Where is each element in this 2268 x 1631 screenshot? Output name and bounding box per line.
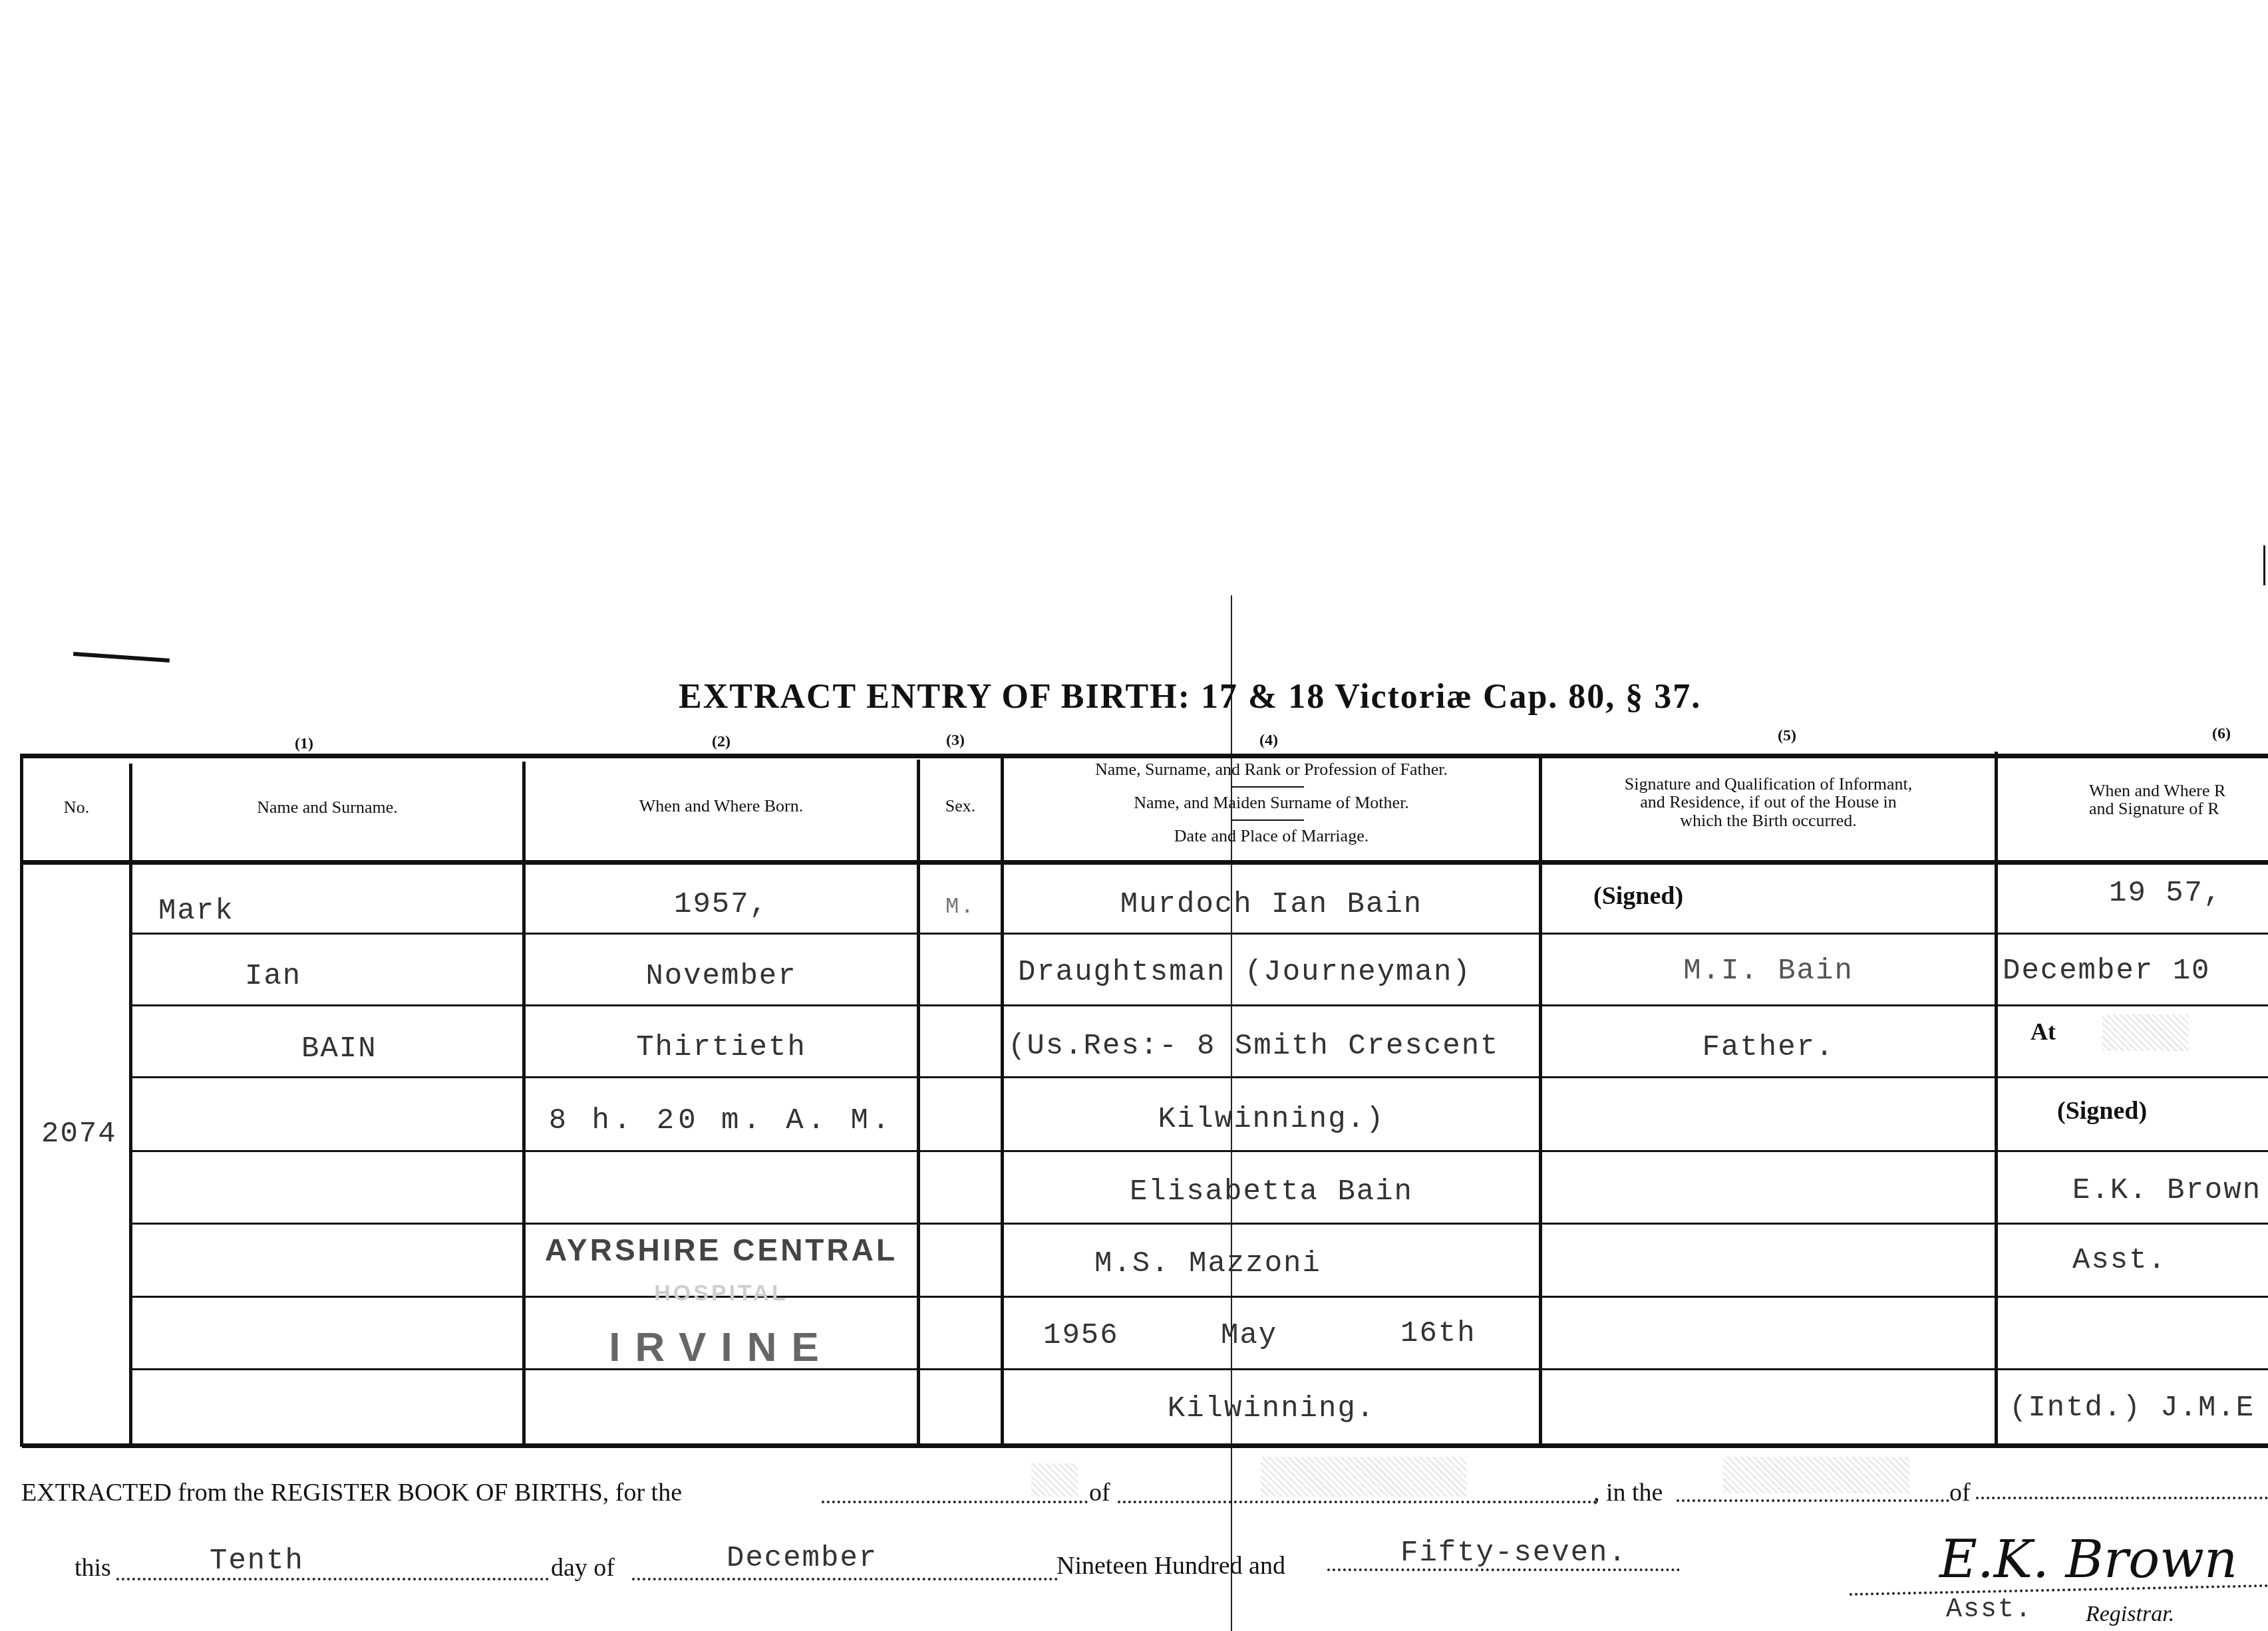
registrar-name: E.K. Brown	[2072, 1174, 2261, 1207]
table-top-border	[20, 754, 2268, 758]
registrar-signed-label: (Signed)	[2057, 1096, 2147, 1125]
day-field	[116, 1578, 549, 1580]
registrar-title: Asst.	[2072, 1244, 2167, 1277]
of-label-1: of	[1089, 1478, 1110, 1507]
birth-place-stamp-line2: HOSPITAL	[526, 1280, 917, 1306]
row-line	[130, 1004, 2268, 1006]
col-line-informant-registered	[1995, 752, 1998, 1443]
day-of-label: day of	[551, 1553, 615, 1582]
header-parents-mother: Name, and Maiden Surname of Mother.	[1004, 794, 1539, 812]
father-name: Murdoch Ian Bain	[1004, 888, 1539, 921]
column-number-1: (1)	[295, 735, 313, 753]
in-the-label: , in the	[1593, 1478, 1663, 1507]
birth-time: 8 h. 20 m. A. M.	[526, 1104, 917, 1137]
this-label: this	[75, 1553, 111, 1582]
county-stamp	[1723, 1457, 1909, 1493]
pen-mark	[73, 652, 170, 663]
extracted-statement: EXTRACTED from the REGISTER BOOK OF BIRT…	[21, 1478, 682, 1507]
page-title: EXTRACT ENTRY OF BIRTH: 17 & 18 Victoriæ…	[679, 677, 1701, 716]
burgh-stamp	[1261, 1457, 1467, 1497]
header-informant: Signature and Qualification of Informant…	[1542, 775, 1995, 829]
month-value: December	[727, 1542, 878, 1575]
father-occupation: Draughtsman (Journeyman)	[1018, 956, 1472, 989]
day-value: Tenth	[210, 1545, 304, 1578]
table-bottom-border	[22, 1443, 2268, 1448]
mother-name: Elisabetta Bain	[1004, 1175, 1539, 1209]
registered-at-label: At	[2030, 1018, 2056, 1046]
entry-number: 2074	[41, 1117, 117, 1151]
registrar-label: Registrar.	[2086, 1602, 2174, 1627]
header-informant-line: which the Birth occurred.	[1542, 812, 1995, 829]
informant-qualification: Father.	[1542, 1031, 1995, 1064]
registered-year: 19 57,	[2109, 877, 2222, 910]
child-middle-name: Ian	[245, 960, 301, 993]
header-no: No.	[23, 798, 130, 816]
column-number-3: (3)	[946, 732, 965, 750]
asst-label: Asst.	[1946, 1595, 2032, 1625]
col-line-no-name	[129, 764, 132, 1445]
header-informant-line: and Residence, if out of the House in	[1542, 793, 1995, 811]
header-informant-line: Signature and Qualification of Informant…	[1542, 775, 1995, 793]
sex-value: M.	[920, 895, 1001, 920]
header-sex: Sex.	[920, 797, 1001, 815]
county-of-field	[1976, 1497, 2268, 1499]
informant-name: M.I. Bain	[1542, 955, 1995, 988]
header-divider	[1231, 786, 1304, 788]
column-number-5: (5)	[1778, 727, 1796, 745]
column-number-6: (6)	[2212, 725, 2231, 743]
header-registered-line: and Signature of R	[2089, 800, 2225, 817]
col-line-born-sex	[917, 760, 920, 1445]
registrar-signature: E.K. Brown	[1939, 1530, 2237, 1590]
birth-year: 1957,	[526, 888, 917, 921]
row-line	[130, 1150, 2268, 1152]
county-field	[1677, 1499, 1949, 1502]
birth-place-stamp-line3: IRVINE	[526, 1324, 917, 1371]
edge-mark	[2263, 545, 2265, 585]
col-line-sex-parents	[1001, 757, 1004, 1445]
marriage-day: 16th	[1400, 1317, 1476, 1350]
header-bottom-border	[20, 860, 2268, 865]
registered-date: December 10	[2003, 955, 2210, 988]
col-line-parents-informant	[1539, 754, 1542, 1445]
father-residence-line1: (Us.Res:- 8 Smith Crescent	[1008, 1030, 1500, 1063]
nineteen-hundred-label: Nineteen Hundred and	[1056, 1551, 1285, 1580]
birth-place-stamp-line1: AYRSHIRE CENTRAL	[526, 1232, 917, 1268]
registered-place-stamp	[2102, 1014, 2189, 1051]
header-marriage: Date and Place of Marriage.	[1004, 827, 1539, 845]
header-name: Name and Surname.	[132, 798, 522, 816]
burgh-field	[1118, 1501, 1597, 1503]
child-surname: BAIN	[301, 1032, 377, 1066]
marriage-month: May	[1221, 1319, 1277, 1352]
mother-maiden-name: M.S. Mazzoni	[1094, 1247, 1321, 1280]
district-field	[822, 1501, 1088, 1503]
of-label-2: of	[1949, 1478, 1971, 1507]
year-value: Fifty-seven.	[1400, 1537, 1627, 1570]
column-number-2: (2)	[712, 733, 730, 751]
header-when-where-born: When and Where Born.	[526, 797, 917, 815]
birth-day: Thirtieth	[526, 1031, 917, 1064]
header-registered-line: When and Where R	[2089, 782, 2225, 800]
row-line	[130, 1223, 2268, 1225]
month-field	[632, 1578, 1058, 1580]
header-parents-father: Name, Surname, and Rank or Profession of…	[1004, 760, 1539, 778]
birth-month: November	[526, 960, 917, 993]
row-line	[130, 933, 2268, 935]
district-stamp	[1031, 1463, 1078, 1497]
column-number-4: (4)	[1259, 732, 1278, 750]
header-divider	[1231, 819, 1304, 821]
row-line	[130, 1296, 2268, 1298]
header-registered: When and Where R and Signature of R	[2089, 782, 2225, 818]
row-line	[130, 1368, 2268, 1370]
child-first-name: Mark	[158, 895, 234, 928]
col-line-left	[20, 758, 23, 1447]
father-residence-line2: Kilwinning.)	[1004, 1103, 1539, 1136]
marriage-place: Kilwinning.	[1004, 1392, 1539, 1425]
informant-signed-label: (Signed)	[1593, 881, 1683, 911]
row-line	[130, 1076, 2268, 1078]
marriage-year: 1956	[1043, 1319, 1119, 1352]
registrar-initials: (Intd.) J.M.E	[2009, 1392, 2255, 1425]
